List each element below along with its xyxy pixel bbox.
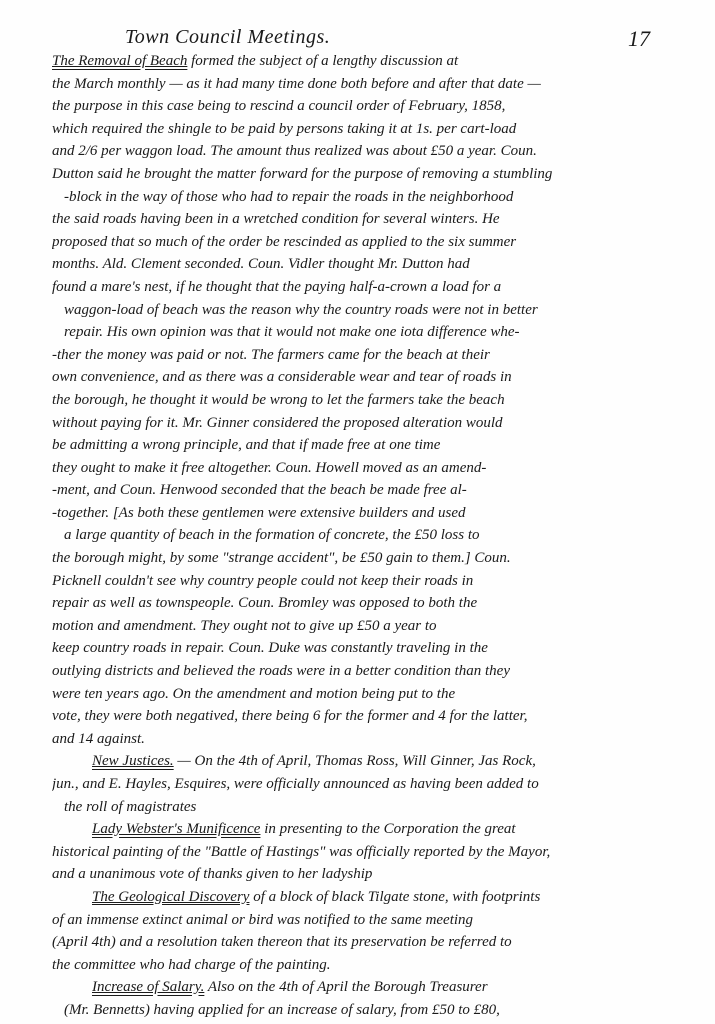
manuscript-body: The Removal of Beach formed the subject … bbox=[52, 50, 692, 1022]
text-line: of an immense extinct animal or bird was… bbox=[52, 909, 692, 932]
text-line: -together. [As both these gentlemen were… bbox=[52, 502, 692, 525]
text-line: proposed that so much of the order be re… bbox=[52, 231, 692, 254]
text-line: the purpose in this case being to rescin… bbox=[52, 95, 692, 118]
text-line: New Justices. — On the 4th of April, Tho… bbox=[52, 750, 692, 773]
text-line: Dutton said he brought the matter forwar… bbox=[52, 163, 692, 186]
text-line: and 14 against. bbox=[52, 728, 692, 751]
page-number: 17 bbox=[628, 26, 650, 52]
text-line: a large quantity of beach in the formati… bbox=[52, 524, 692, 547]
text-line: the said roads having been in a wretched… bbox=[52, 208, 692, 231]
text-line: The Removal of Beach formed the subject … bbox=[52, 50, 692, 73]
section-heading: New Justices. bbox=[92, 753, 174, 769]
text-line: own convenience, and as there was a cons… bbox=[52, 366, 692, 389]
text-line: -ment, and Coun. Henwood seconded that t… bbox=[52, 479, 692, 502]
page-title: Town Council Meetings. bbox=[125, 26, 330, 49]
text-line: Picknell couldn't see why country people… bbox=[52, 570, 692, 593]
text-line: be admitting a wrong principle, and that… bbox=[52, 434, 692, 457]
text-line: -block in the way of those who had to re… bbox=[52, 186, 692, 209]
text-line: the borough might, by some "strange acci… bbox=[52, 547, 692, 570]
text-line: the borough, he thought it would be wron… bbox=[52, 389, 692, 412]
section-heading: Increase of Salary. bbox=[92, 979, 204, 995]
text-line: repair. His own opinion was that it woul… bbox=[52, 321, 692, 344]
text-line: months. Ald. Clement seconded. Coun. Vid… bbox=[52, 253, 692, 276]
section-heading: The Removal of Beach bbox=[52, 53, 187, 69]
text-line: jun., and E. Hayles, Esquires, were offi… bbox=[52, 773, 692, 796]
text-line: outlying districts and believed the road… bbox=[52, 660, 692, 683]
section-heading: The Geological Discovery bbox=[92, 889, 249, 905]
text-line: the committee who had charge of the pain… bbox=[52, 954, 692, 977]
section-heading: Lady Webster's Munificence bbox=[92, 821, 260, 837]
text-line: (April 4th) and a resolution taken there… bbox=[52, 931, 692, 954]
text-line: without paying for it. Mr. Ginner consid… bbox=[52, 412, 692, 435]
manuscript-page: Town Council Meetings. 17 The Removal of… bbox=[0, 0, 715, 1024]
text-line: repair as well as townspeople. Coun. Bro… bbox=[52, 592, 692, 615]
text-line: and 2/6 per waggon load. The amount thus… bbox=[52, 140, 692, 163]
text-line: and a unanimous vote of thanks given to … bbox=[52, 863, 692, 886]
text-line: Lady Webster's Munificence in presenting… bbox=[52, 818, 692, 841]
text-line: waggon-load of beach was the reason why … bbox=[52, 299, 692, 322]
text-line: the roll of magistrates bbox=[52, 796, 692, 819]
text-line: keep country roads in repair. Coun. Duke… bbox=[52, 637, 692, 660]
text-line: (Mr. Bennetts) having applied for an inc… bbox=[52, 999, 692, 1022]
text-line: they ought to make it free altogether. C… bbox=[52, 457, 692, 480]
text-line: vote, they were both negatived, there be… bbox=[52, 705, 692, 728]
text-line: were ten years ago. On the amendment and… bbox=[52, 683, 692, 706]
text-line: the March monthly — as it had many time … bbox=[52, 73, 692, 96]
text-line: -ther the money was paid or not. The far… bbox=[52, 344, 692, 367]
text-line: •Increase of Salary. Also on the 4th of … bbox=[52, 976, 692, 999]
text-line: historical painting of the "Battle of Ha… bbox=[52, 841, 692, 864]
text-line: which required the shingle to be paid by… bbox=[52, 118, 692, 141]
text-line: motion and amendment. They ought not to … bbox=[52, 615, 692, 638]
text-line: The Geological Discovery of a block of b… bbox=[52, 886, 692, 909]
text-line: found a mare's nest, if he thought that … bbox=[52, 276, 692, 299]
